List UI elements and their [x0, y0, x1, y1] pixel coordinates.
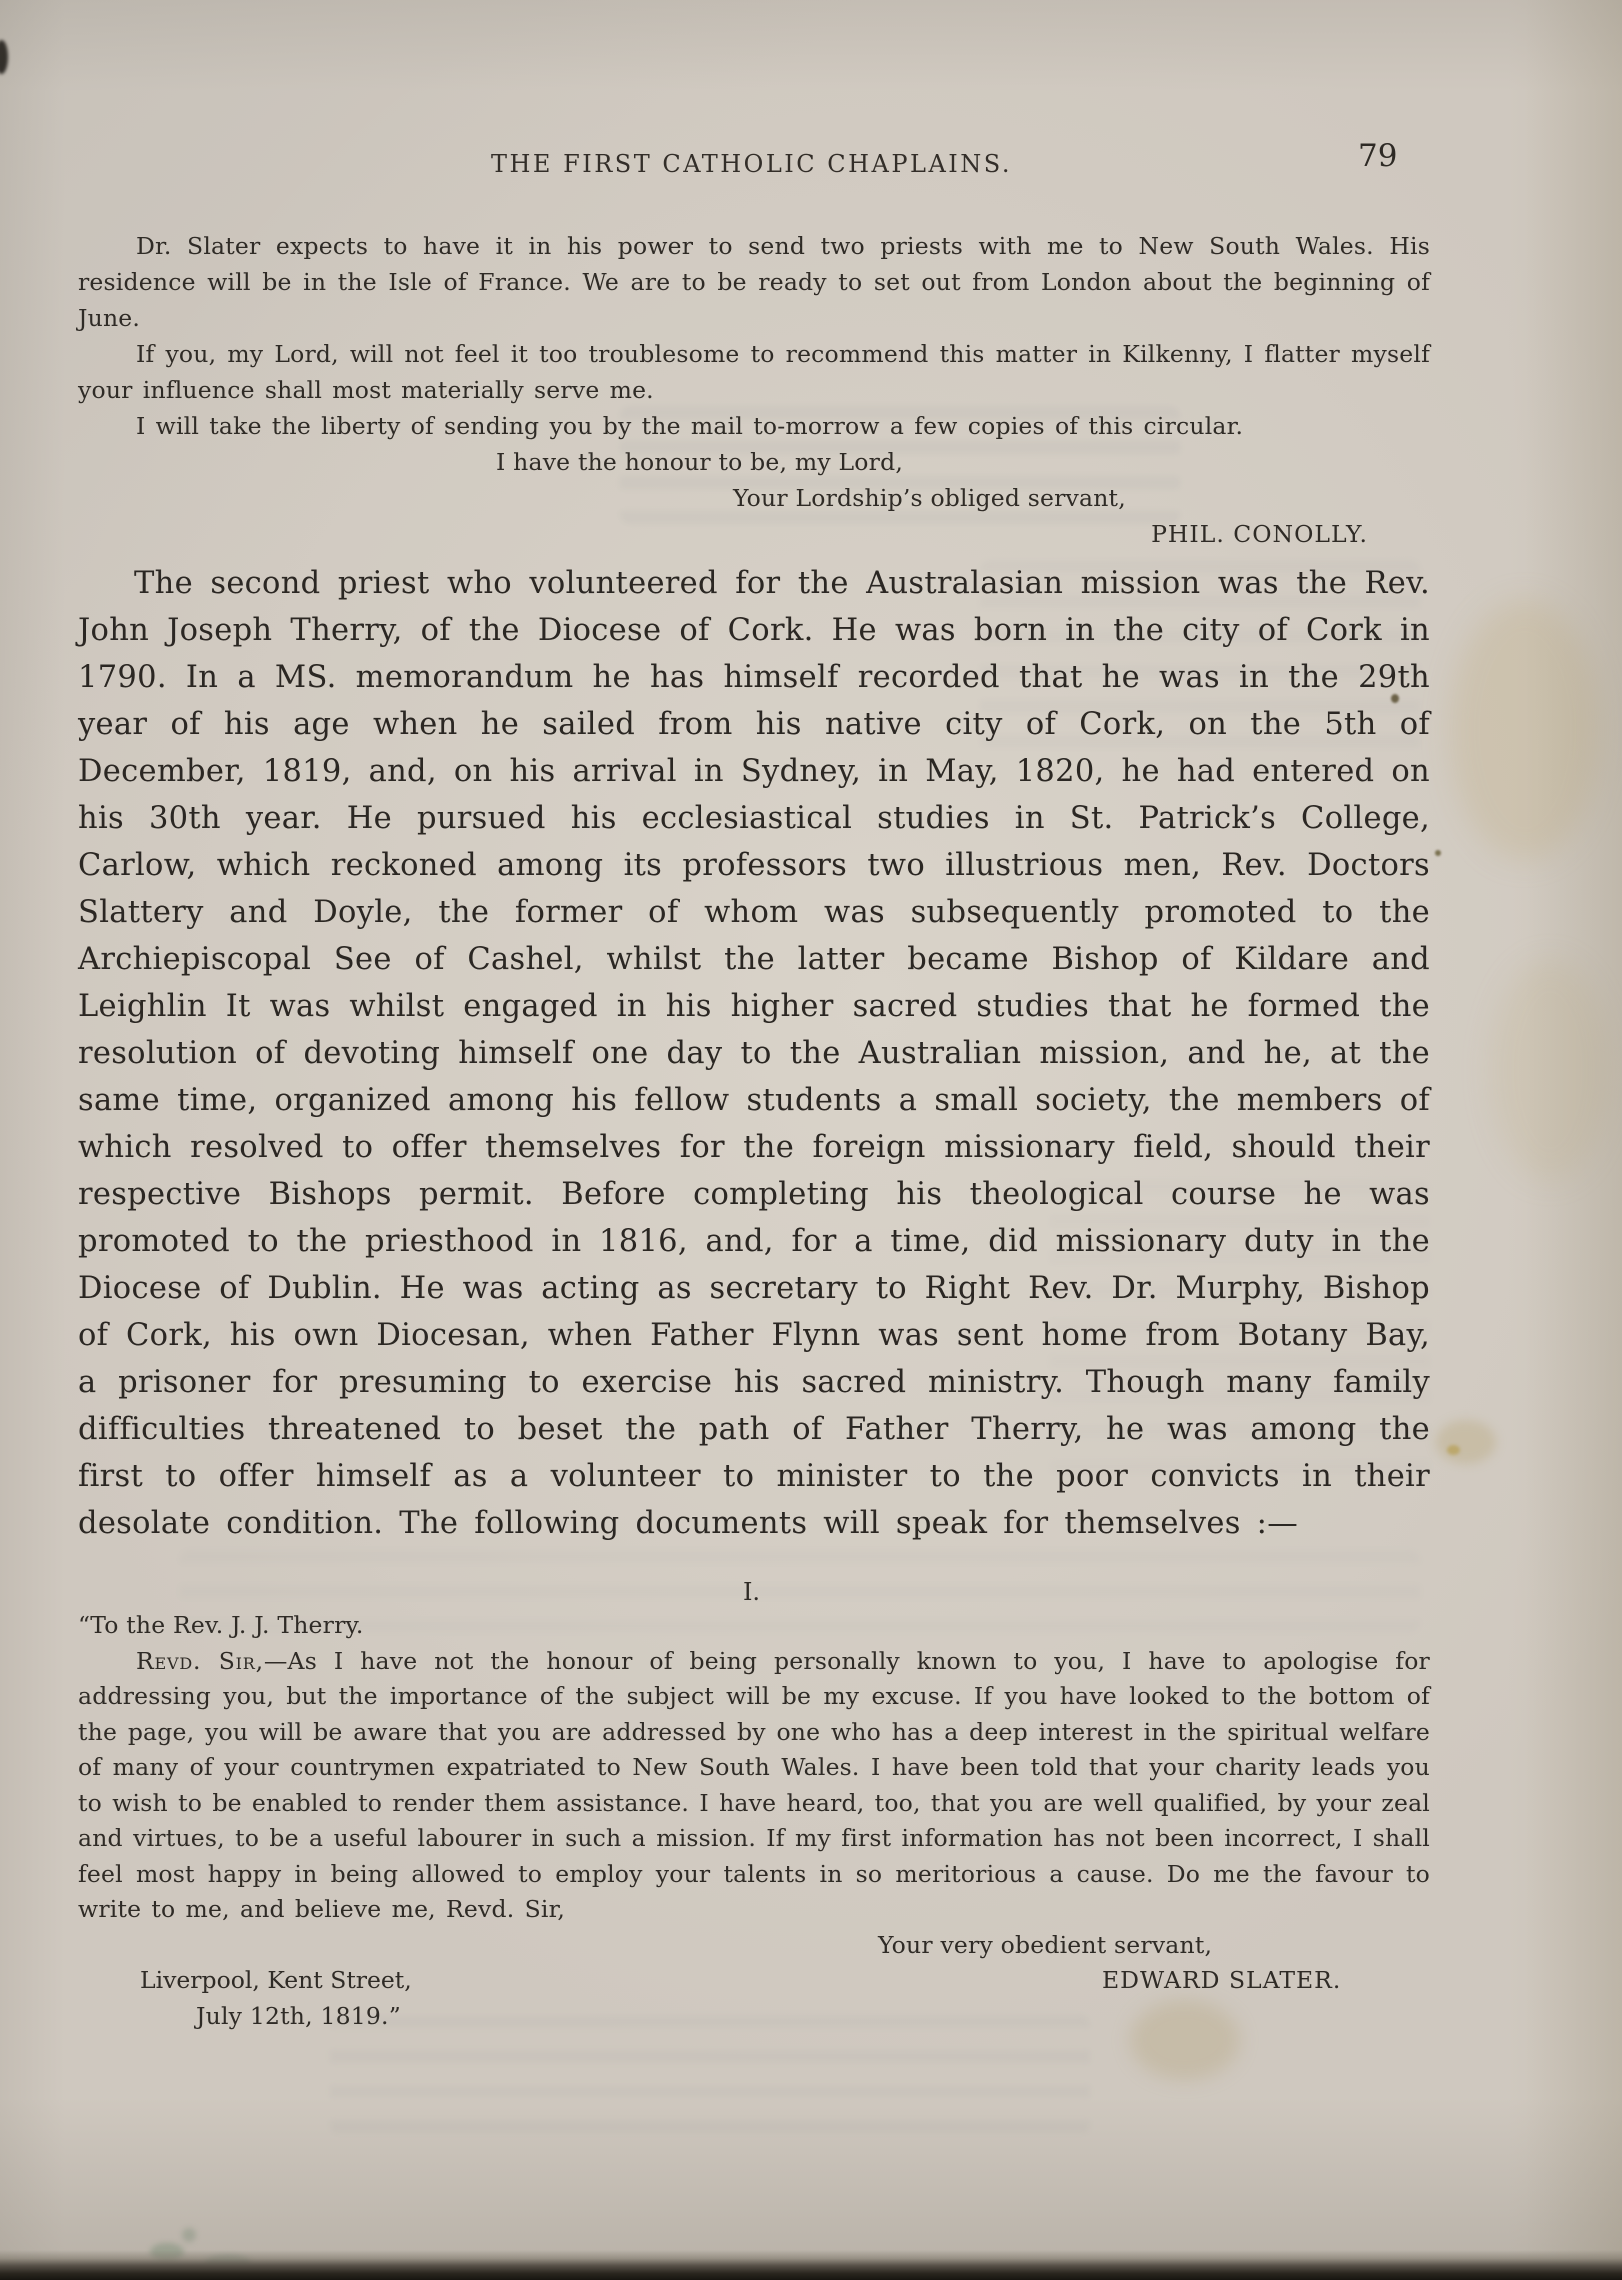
letter-body-text: —As I have not the honour of being perso… [78, 1647, 1430, 1924]
letter-slater: “To the Rev. J. J. Therry. Revd. Sir,—As… [78, 1608, 1430, 2034]
page-fleck [182, 2228, 196, 2242]
page-stain [1490, 960, 1610, 1180]
narrative-paragraph: The second priest who volunteered for th… [78, 560, 1430, 1547]
section-numeral: I. [78, 1578, 1425, 1606]
page-stain [1436, 1420, 1496, 1464]
narrative-section: The second priest who volunteered for th… [78, 560, 1430, 1547]
page-fleck [205, 2255, 251, 2271]
place-line: Liverpool, Kent Street, [140, 1963, 412, 1999]
letter-conolly: Dr. Slater expects to have it in his pow… [78, 228, 1430, 552]
running-header: THE FIRST CATHOLIC CHAPLAINS. [78, 150, 1425, 178]
scanned-book-page: THE FIRST CATHOLIC CHAPLAINS. 79 Dr. Sla… [0, 0, 1622, 2280]
addressee-line: “To the Rev. J. J. Therry. [78, 1608, 1430, 1644]
letter-paragraph: I will take the liberty of sending you b… [78, 408, 1430, 444]
letter-paragraph: Dr. Slater expects to have it in his pow… [78, 228, 1430, 336]
letter-paragraph: Revd. Sir,—As I have not the honour of b… [78, 1644, 1430, 1928]
salutation: Revd. Sir, [136, 1647, 264, 1675]
page-number: 79 [1358, 138, 1397, 174]
page-edge-mark [0, 40, 8, 74]
signature-line: EDWARD SLATER. [1102, 1963, 1341, 1999]
valediction-line: Your very obedient servant, [78, 1928, 1430, 1964]
valediction-line: Your Lordship’s obliged servant, [78, 480, 1430, 516]
ink-speck [1447, 1445, 1460, 1455]
signature-row: Liverpool, Kent Street, EDWARD SLATER. [78, 1963, 1430, 1999]
page-stain [1450, 600, 1600, 860]
ink-speck [1435, 850, 1441, 856]
bottom-edge-shadow [0, 2250, 1622, 2280]
signature-line: PHIL. CONOLLY. [78, 516, 1430, 552]
date-line: July 12th, 1819.” [78, 1999, 1430, 2035]
valediction-line: I have the honour to be, my Lord, [78, 444, 1430, 480]
letter-paragraph: If you, my Lord, will not feel it too tr… [78, 336, 1430, 408]
page-fleck [150, 2243, 184, 2261]
